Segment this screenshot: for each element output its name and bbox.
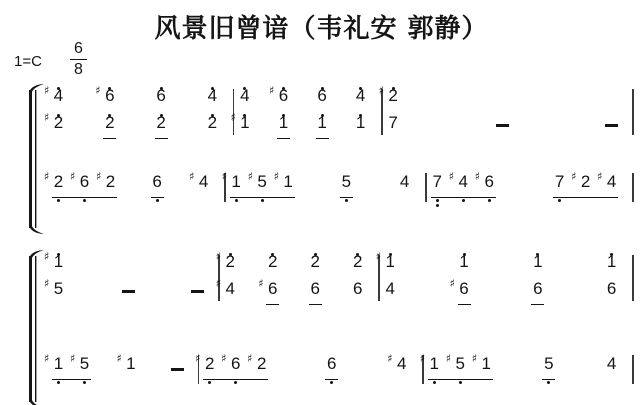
jianpu-note: 1 [531,252,544,277]
note-digit: 2 [579,172,592,191]
jianpu-note: 5 [340,172,353,198]
octave-down-dot [83,381,86,384]
chord: 4♯1 [238,86,251,138]
chord: 61 [316,86,329,139]
jianpu-note: ♯5 [454,354,467,379]
chord: 26 [351,252,364,304]
jianpu-note: ♯4 [395,354,408,379]
octave-up-dot [57,253,60,256]
sharp-accidental: ♯ [221,353,226,364]
chord: 41 [354,86,367,138]
note-digit: 6 [78,172,91,191]
jianpu-note: 5 [542,354,555,380]
jianpu-note: ♯1 [428,354,441,379]
octave-down-dot [83,199,86,202]
sharp-accidental: ♯ [70,353,75,364]
duration-dash [171,368,184,371]
octave-down-dot [547,381,550,384]
jianpu-note: 2 [309,252,322,277]
song-title: 风景旧曾谙（韦礼安 郭静） [0,8,643,45]
jianpu-note: ♯2 [387,86,400,111]
octave-down-dot [436,199,439,202]
jianpu-note: ♯5 [52,279,65,304]
octave-up-dot [57,87,60,90]
jianpu-note: ♯2 [52,172,65,197]
jianpu-note: ♯2 [104,172,117,197]
note-digit: 6 [309,279,322,298]
note-digit: 1 [230,172,243,191]
chord: 2♯6 [266,252,279,305]
sharp-accidental: ♯ [274,171,279,182]
chord: 16 [531,252,544,305]
jianpu-note: 4 [398,172,411,197]
beam-group: ♯2♯6♯2 [52,172,117,198]
octave-up-dot [389,253,392,256]
jianpu-note: 6 [151,172,164,198]
measure: ♯2♯6♯26♯4 [199,354,422,380]
sharp-accidental: ♯ [450,278,455,289]
note-digit: 1 [52,354,65,373]
jianpu-note: 7 [431,172,444,197]
jianpu-note: ♯4 [52,86,65,111]
jianpu-note: ♯4 [197,172,210,197]
measure: ♯2♯6♯26♯4 [48,172,224,198]
jianpu-note: ♯6 [229,354,242,379]
jianpu-note: 6 [351,279,364,304]
octave-up-dot [282,114,285,117]
jianpu-note: 2 [103,113,116,139]
jianpu-note: 6 [309,279,322,305]
octave-down-dot [488,199,491,202]
sharp-accidental: ♯ [269,85,274,96]
time-signature-denominator: 8 [70,60,87,79]
jianpu-note: 2 [155,113,168,139]
jianpu-note: ♯6 [266,279,279,305]
accompaniment-line: ♯1♯5♯1♯2♯6♯26♯4♯1♯5♯154 [48,354,635,384]
jianpu-note: ♯6 [103,86,116,111]
duration-dash [191,290,204,293]
note-digit: 4 [398,172,411,191]
duration-dash [605,124,618,127]
measure: 4♯1♯616141 [234,86,381,139]
jianpu-note: ♯1 [282,172,295,197]
note-digit: 7 [387,113,400,132]
note-digit: 6 [531,279,544,298]
note-digit: 2 [203,354,216,373]
note-digit: 1 [124,354,137,373]
sharp-accidental: ♯ [376,251,381,262]
chord: ♯14 [384,252,397,304]
sharp-accidental: ♯ [597,171,602,182]
sharp-accidental: ♯ [420,353,425,364]
octave-down-dot [57,199,60,202]
beam-group: ♯2♯6♯2 [203,354,268,380]
jianpu-note: ♯2 [203,354,216,379]
measure: ♯27 [383,86,632,138]
note-digit: 5 [454,354,467,373]
melody-line: ♯1♯5♯2♯42♯62626♯141♯61616 [48,252,635,305]
note-digit: 1 [428,354,441,373]
jianpu-note: 2 [266,252,279,277]
note-digit: 6 [483,172,496,191]
duration-dash [122,290,135,293]
jianpu-note: ♯4 [224,279,237,304]
chord: ♯62 [103,86,116,139]
sharp-accidental: ♯ [96,171,101,182]
jianpu-note: 4 [238,86,251,111]
note-digit: 6 [458,279,471,298]
sharp-accidental: ♯ [475,171,480,182]
jianpu-note: 1 [277,113,290,139]
jianpu-note: ♯6 [277,86,290,111]
system-bracket-icon [27,250,45,405]
jianpu-note: 7 [387,113,400,138]
jianpu-note: 6 [325,354,338,380]
octave-up-dot [321,87,324,90]
note-digit: 2 [52,172,65,191]
jianpu-note: ♯1 [230,172,243,197]
sheet-music-page: 风景旧曾谙（韦礼安 郭静） 1=C 6 8 ♯4♯2♯6262424♯1♯616… [0,0,643,405]
chord: ♯1♯5 [52,252,65,304]
sharp-accidental: ♯ [216,251,221,262]
octave-down-dot [459,381,462,384]
note-digit: 6 [266,279,279,298]
octave-down-dot [208,381,211,384]
beam-group: ♯1♯5 [52,354,91,380]
octave-down-dot [57,381,60,384]
chord: ♯4♯2 [52,86,65,138]
note-digit: 5 [52,279,65,298]
note-digit: 4 [457,172,470,191]
melody-line: ♯4♯2♯6262424♯1♯616141♯27 [48,86,635,139]
sharp-accidental: ♯ [571,171,576,182]
octave-down-dot [433,381,436,384]
jianpu-note: ♯2 [52,113,65,138]
chord: 26 [309,252,322,305]
barline [632,355,634,384]
chord: ♯61 [277,86,290,139]
note-digit: 5 [78,354,91,373]
jianpu-note: ♯1 [384,252,397,277]
jianpu-note: ♯4 [605,172,618,197]
jianpu-note: 2 [206,113,219,138]
jianpu-note: ♯2 [255,354,268,379]
jianpu-note: 4 [384,279,397,304]
note-digit: 4 [395,354,408,373]
sharp-accidental: ♯ [247,353,252,364]
octave-up-dot [314,253,317,256]
note-digit: 6 [605,279,618,298]
sharp-accidental: ♯ [95,85,100,96]
duration-dash [496,124,509,127]
octave-down-dot [558,199,561,202]
note-digit: 6 [325,354,338,373]
note-digit: 2 [255,354,268,373]
octave-up-dot [57,114,60,117]
beam-group: 7♯2♯4 [553,172,618,198]
measure: ♯1♯5♯1 [48,354,198,380]
note-digit: 4 [605,354,618,373]
barline [632,173,634,202]
jianpu-note: ♯1 [238,113,251,138]
note-digit: 4 [197,172,210,191]
chord: 42 [206,86,219,138]
jianpu-note: ♯6 [483,172,496,197]
note-digit: 5 [542,354,555,373]
sharp-accidental: ♯ [379,85,384,96]
chord: 1♯6 [458,252,471,305]
octave-up-dot [321,114,324,117]
sharp-accidental: ♯ [230,112,235,123]
measure: ♯1♯5♯154 [424,354,632,380]
octave-down-dot [156,199,159,202]
octave-down-dot [436,204,439,207]
chord: ♯2♯4 [224,252,237,304]
note-digit: 2 [104,172,117,191]
measure: ♯2♯42♯62626 [220,252,378,305]
jianpu-note: 6 [605,279,618,304]
jianpu-note: 1 [458,252,471,277]
octave-down-dot [235,199,238,202]
jianpu-note: 4 [605,354,618,379]
note-digit: 4 [384,279,397,298]
time-signature-numerator: 6 [70,40,87,60]
octave-up-dot [211,114,214,117]
chord: ♯27 [387,86,400,138]
jianpu-note: 1 [354,113,367,138]
jianpu-note: 2 [351,252,364,277]
measure: ♯4♯2♯626242 [48,86,233,139]
jianpu-note: ♯6 [78,172,91,197]
note-digit: 7 [431,172,444,191]
sharp-accidental: ♯ [116,353,121,364]
jianpu-note: 7 [553,172,566,197]
octave-down-dot [261,199,264,202]
jianpu-note: 6 [316,86,329,111]
sharp-accidental: ♯ [222,171,227,182]
chord: 16 [605,252,618,304]
jianpu-note: ♯4 [457,172,470,197]
octave-up-dot [282,87,285,90]
chord: 62 [155,86,168,139]
beam-group: ♯1♯5♯1 [230,172,295,198]
sharp-accidental: ♯ [472,353,477,364]
beam-group: ♯1♯5♯1 [428,354,493,380]
octave-down-dot [345,199,348,202]
jianpu-note: ♯2 [579,172,592,197]
jianpu-note: ♯5 [78,354,91,379]
octave-down-dot [330,381,333,384]
note-digit: 1 [282,172,295,191]
jianpu-note: 1 [316,113,329,139]
octave-down-dot [234,381,237,384]
jianpu-note: 6 [531,279,544,305]
sharp-accidental: ♯ [70,171,75,182]
measure: ♯1♯5♯154 [226,172,426,198]
sharp-accidental: ♯ [446,353,451,364]
time-signature: 6 8 [70,40,87,79]
note-digit: 5 [256,172,269,191]
note-digit: 7 [553,172,566,191]
note-digit: 1 [480,354,493,373]
jianpu-note: ♯6 [458,279,471,305]
jianpu-note: 1 [605,252,618,277]
key-signature: 1=C [14,53,42,70]
accompaniment-line: ♯2♯6♯26♯4♯1♯5♯1547♯4♯67♯2♯4 [48,172,635,202]
jianpu-note: 4 [354,86,367,111]
octave-down-dot [462,199,465,202]
octave-up-dot [160,114,163,117]
octave-up-dot [229,253,232,256]
sharp-accidental: ♯ [216,278,221,289]
jianpu-note: 6 [155,86,168,111]
measure: ♯1♯5 [48,252,218,304]
sharp-accidental: ♯ [189,171,194,182]
octave-up-dot [160,87,163,90]
jianpu-note: ♯1 [124,354,137,379]
measure: 7♯4♯67♯2♯4 [427,172,632,198]
sharp-accidental: ♯ [195,353,200,364]
jianpu-note: ♯1 [52,252,65,277]
sharp-accidental: ♯ [449,171,454,182]
sharp-accidental: ♯ [258,278,263,289]
barline [632,89,634,135]
octave-up-dot [211,87,214,90]
jianpu-note: ♯1 [52,354,65,379]
jianpu-note: ♯1 [480,354,493,379]
jianpu-note: ♯5 [256,172,269,197]
measure: ♯141♯61616 [380,252,632,305]
note-digit: 5 [340,172,353,191]
sharp-accidental: ♯ [387,353,392,364]
note-digit: 6 [351,279,364,298]
system-bracket-icon [27,84,45,234]
jianpu-note: 4 [206,86,219,111]
note-digit: 6 [229,354,242,373]
note-digit: 6 [151,172,164,191]
note-digit: 4 [605,172,618,191]
beam-group: 7♯4♯6 [431,172,496,198]
barline [632,255,634,301]
jianpu-note: ♯2 [224,252,237,277]
octave-up-dot [463,253,466,256]
octave-up-dot [392,87,395,90]
sharp-accidental: ♯ [248,171,253,182]
note-digit: 4 [224,279,237,298]
